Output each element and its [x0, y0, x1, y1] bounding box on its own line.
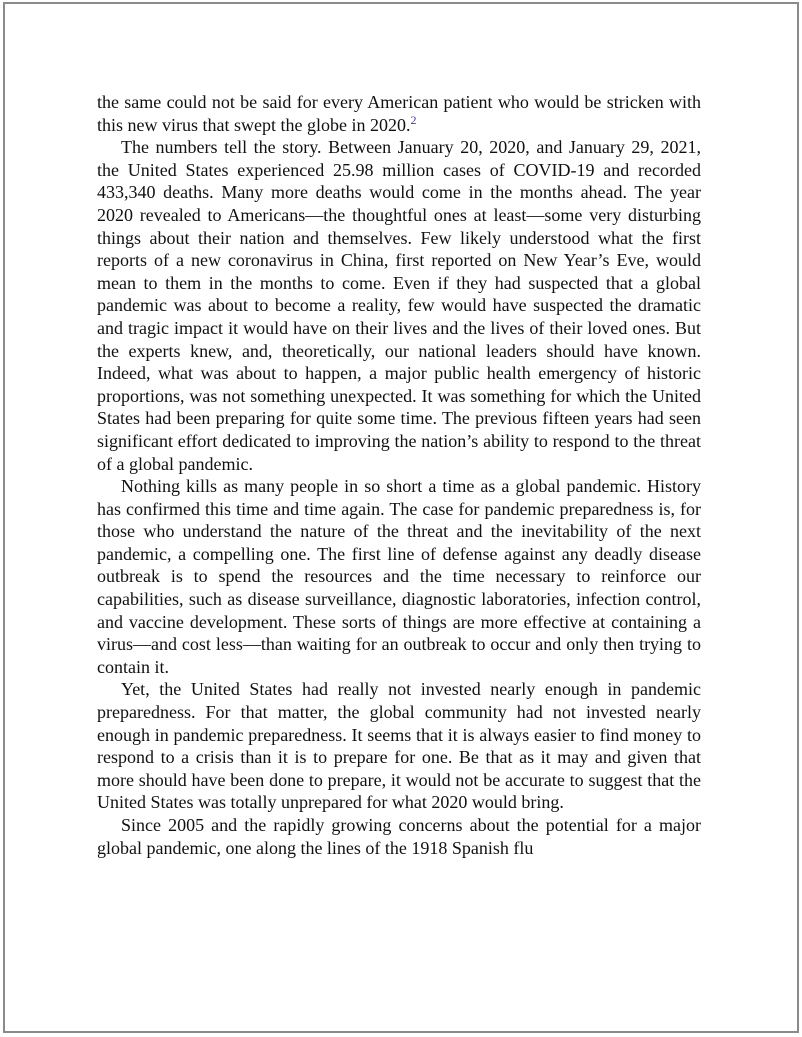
footnote-ref-link[interactable]: 2 [410, 113, 416, 127]
ebook-page: { "page": { "text_color": "#111111", "bo… [0, 0, 802, 1037]
paragraph: Yet, the United States had really not in… [97, 678, 701, 814]
paragraph: Since 2005 and the rapidly growing conce… [97, 814, 701, 859]
paragraph: The numbers tell the story. Between Janu… [97, 136, 701, 475]
paragraph: the same could not be said for every Ame… [97, 91, 701, 136]
paragraph: Nothing kills as many people in so short… [97, 475, 701, 678]
page-text-block: the same could not be said for every Ame… [97, 91, 701, 859]
paragraph-text: the same could not be said for every Ame… [97, 92, 701, 135]
